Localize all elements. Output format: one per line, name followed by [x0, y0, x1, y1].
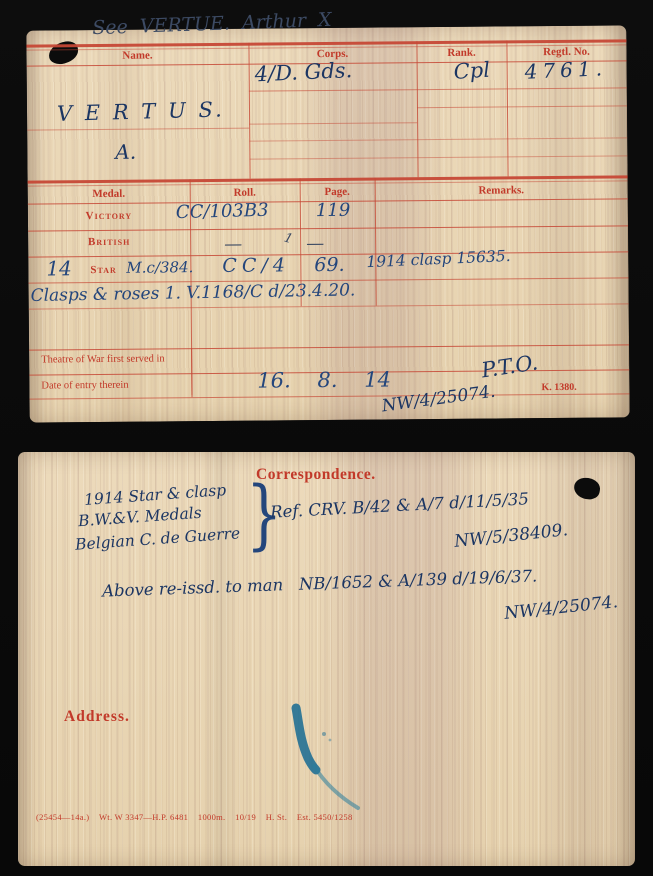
- scanned-document: See VERTUE. Arthur X Name. Corps. Rank. …: [0, 0, 653, 876]
- scan-streak-band: [533, 452, 633, 866]
- victory-page: 119: [316, 200, 351, 221]
- rule: [249, 155, 627, 159]
- header-medal: Medal.: [28, 187, 190, 200]
- header-name: Name.: [26, 49, 248, 63]
- divider: [191, 348, 192, 397]
- scan-streak-band: [296, 27, 449, 420]
- british-roll-ditto: —: [224, 234, 242, 255]
- rule: [249, 87, 627, 91]
- correspondence-line-1: Ref. CRV. B/42 & A/7 d/11/5/35: [270, 489, 530, 522]
- back-card: Correspondence. 1914 Star & clasp B.W.&V…: [18, 452, 635, 866]
- form-print-line: (25454—14a.) Wt. W 3347—H.P. 6481 1000m.…: [36, 812, 353, 822]
- star-roll: CC/4: [222, 254, 290, 277]
- medal-row-star-label: Star: [90, 264, 117, 276]
- medal-list-item: 1914 Star & clasp: [84, 481, 227, 509]
- pto-note: P.T.O.: [480, 350, 540, 382]
- correspondence-line-2-ref: NW/4/25074.: [503, 592, 619, 624]
- british-page-ditto: —: [306, 233, 324, 254]
- star-prefix: 14: [46, 256, 72, 280]
- front-card: See VERTUE. Arthur X Name. Corps. Rank. …: [26, 25, 629, 422]
- rank-value: Cpl: [453, 58, 491, 84]
- medal-row-british-label: British: [28, 235, 190, 248]
- punch-hole: [572, 476, 601, 501]
- ref-number-front: NW/4/25074.: [381, 382, 497, 417]
- header-rank: Rank.: [416, 46, 506, 59]
- address-label: Address.: [64, 708, 130, 726]
- ink-blot: [262, 700, 372, 825]
- date-entry-value: 16. 8. 14: [257, 367, 391, 392]
- corps-value: 4/D. Gds.: [254, 58, 353, 86]
- date-entry-label: Date of entry therein: [41, 380, 128, 392]
- scan-streak-band: [203, 452, 238, 866]
- clasp-roses-line: Clasps & roses 1. V.1168/C d/23.4.20.: [30, 280, 355, 306]
- theatre-label: Theatre of War first served in: [41, 353, 165, 365]
- rule: [30, 393, 630, 399]
- star-suffix: M.c/384.: [126, 258, 193, 277]
- rule: [28, 225, 628, 231]
- rule: [27, 128, 249, 131]
- initial-value: A.: [115, 140, 136, 164]
- header-remarks: Remarks.: [375, 183, 628, 197]
- british-tick: 1: [282, 230, 294, 247]
- correspondence-line-1-ref: NW/5/38409.: [453, 520, 569, 552]
- rule: [249, 122, 417, 124]
- regtl-no-value: 4761.: [524, 56, 607, 84]
- rule: [417, 105, 627, 108]
- header-page: Page.: [300, 186, 375, 199]
- victory-roll: CC/103B3: [176, 200, 269, 223]
- header-regtl-no: Regtl. No.: [506, 45, 626, 58]
- surname-value: V E R T U S.: [57, 97, 225, 125]
- medal-row-victory-label: Victory: [28, 209, 190, 222]
- rule: [249, 137, 627, 141]
- star-page: 69.: [314, 254, 344, 276]
- form-number: K. 1380.: [541, 382, 576, 393]
- annotation-see-vertue: See VERTUE. Arthur X: [92, 9, 332, 39]
- star-remarks: 1914 clasp 15635.: [366, 247, 511, 271]
- correspondence-line-2: Above re-issd. to man NB/1652 & A/139 d/…: [102, 566, 538, 600]
- rule: [29, 344, 629, 350]
- header-roll: Roll.: [190, 186, 300, 199]
